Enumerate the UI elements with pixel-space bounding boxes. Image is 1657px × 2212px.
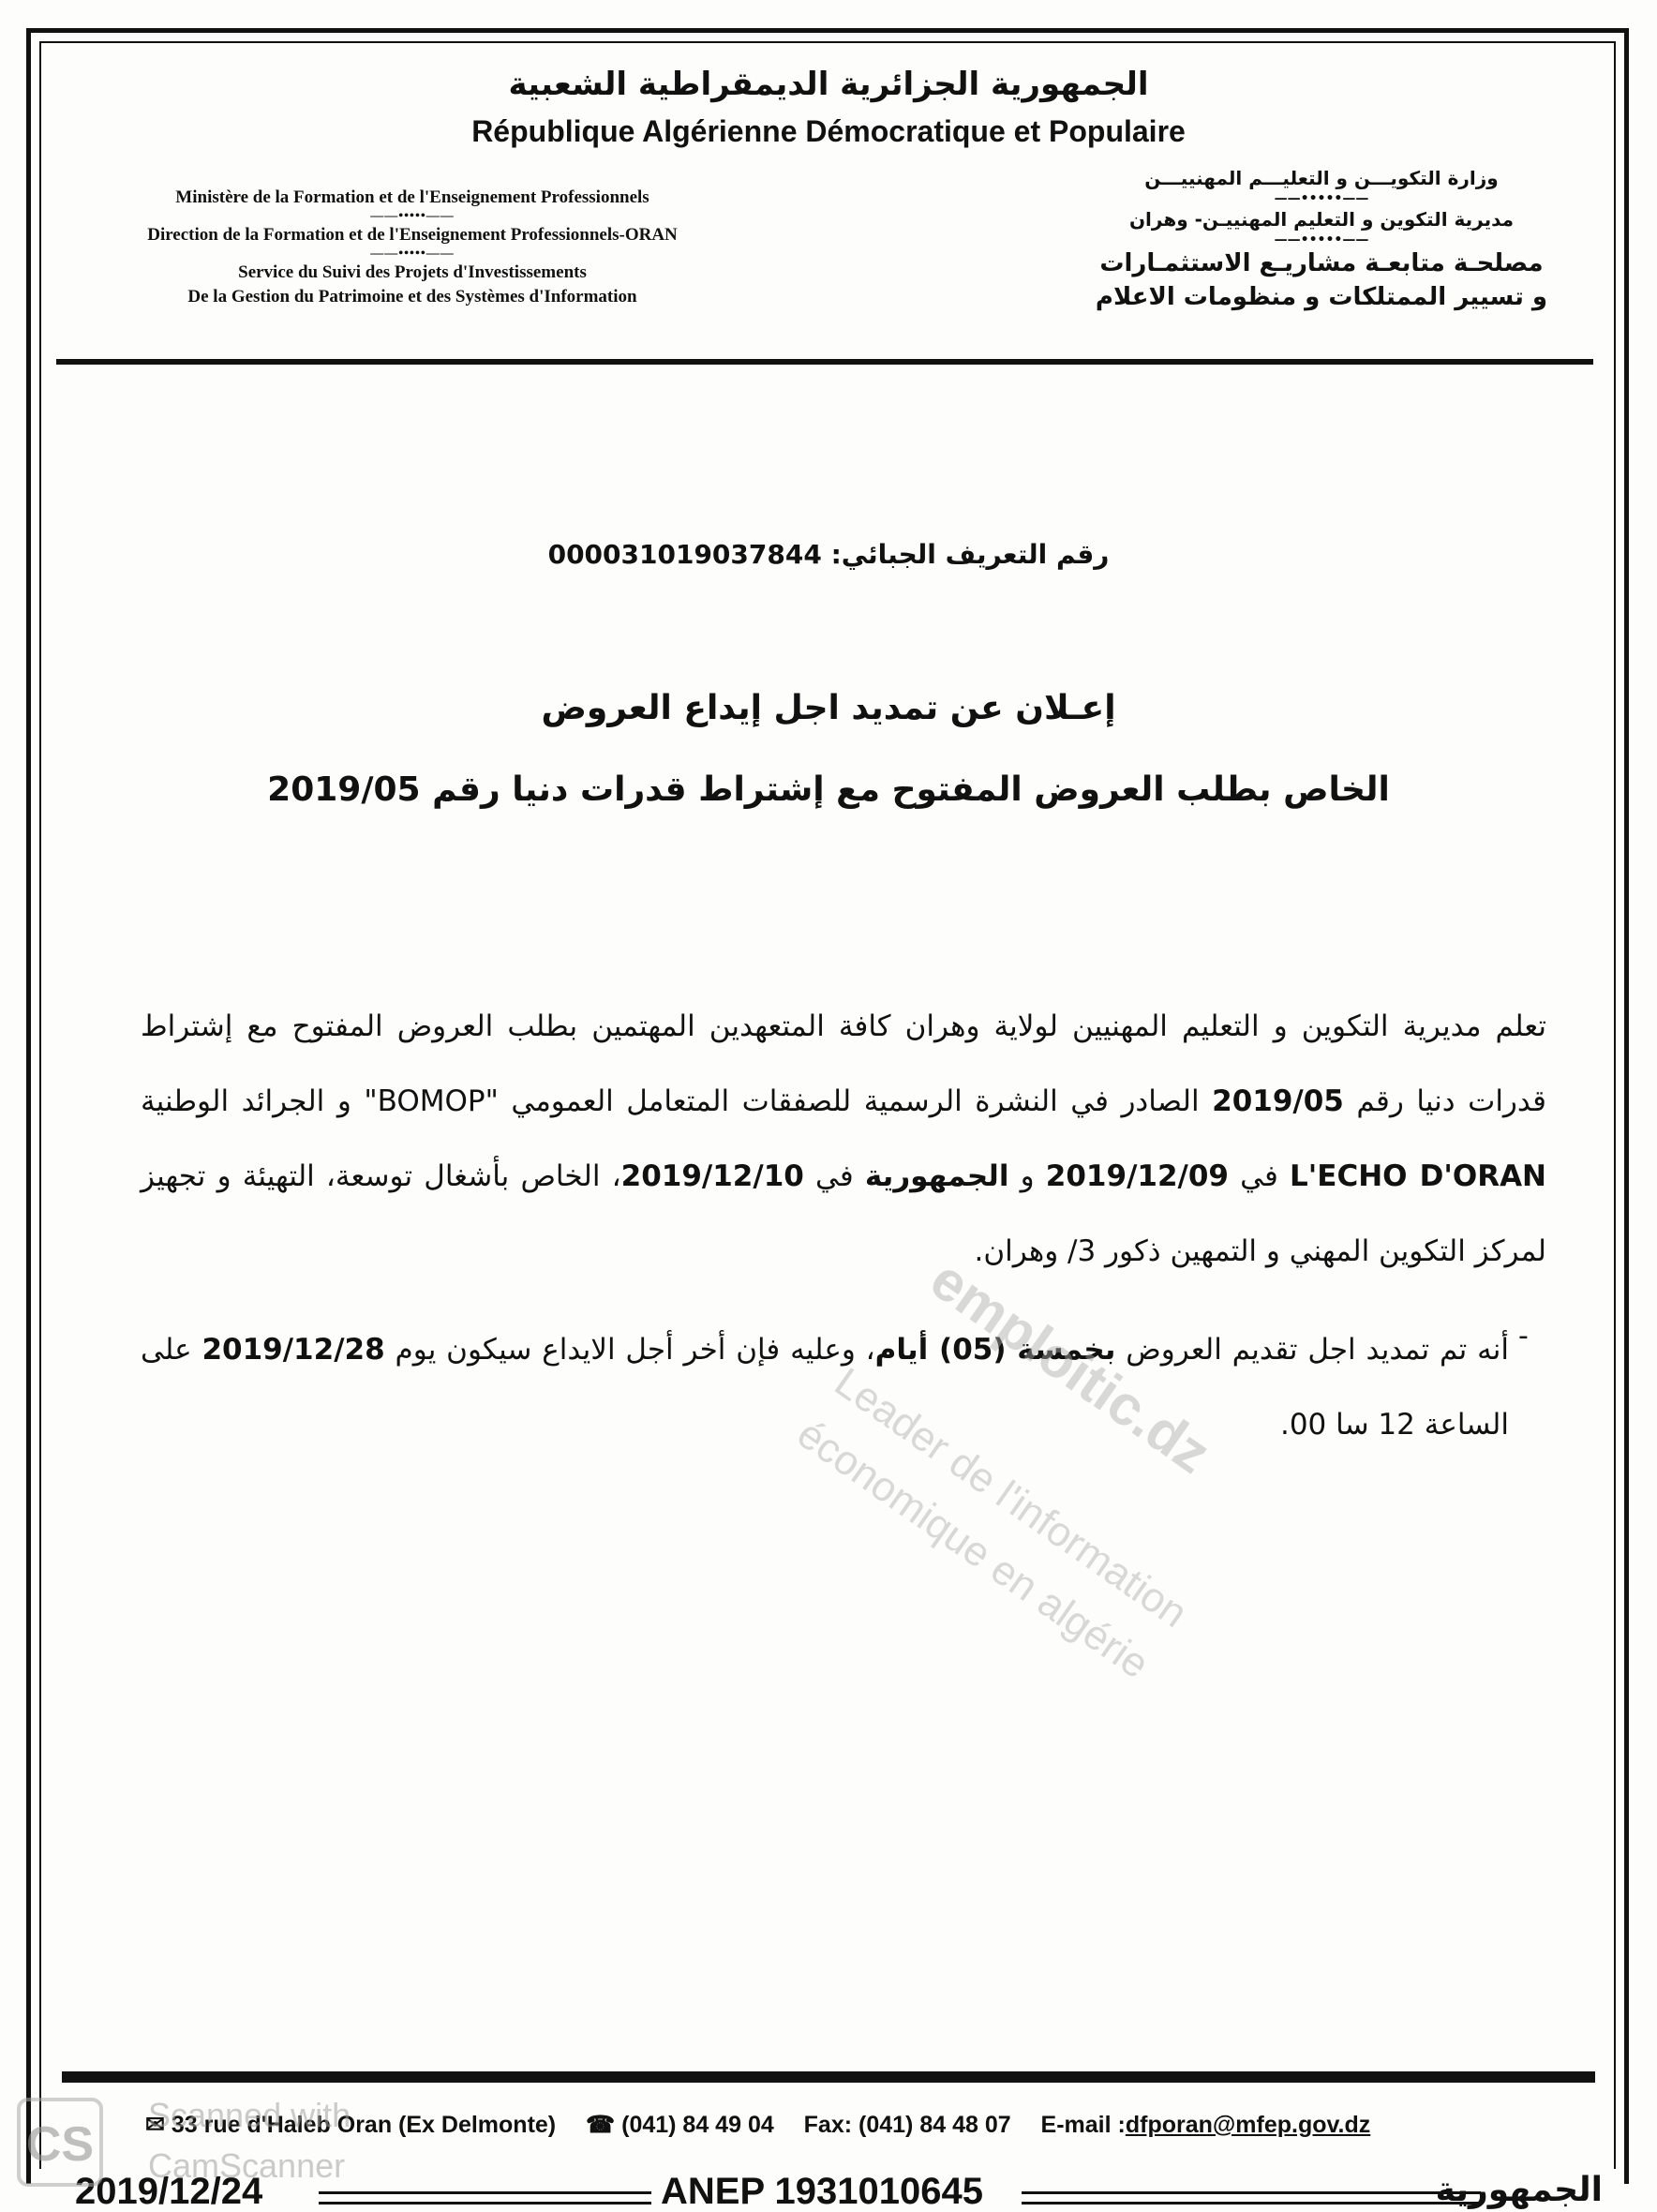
double-rule [319,2191,651,2205]
email-link[interactable]: dfporan@mfep.gov.dz [1126,2112,1370,2138]
body-paragraph: تعلم مديرية التكوين و التعليم المهنيين ل… [141,989,1546,1289]
announcement-subtitle: الخاص بطلب العروض المفتوح مع إشتراط قدرا… [0,770,1657,809]
service-fr-line1: Service du Suivi des Projets d'Investiss… [84,261,740,285]
service-ar-line1: مصلحـة متابعـة مشاريـع الاستثمـارات [1059,247,1584,280]
ministry-fr: Ministère de la Formation et de l'Enseig… [84,186,740,210]
publication-date: 2019/12/09 [1046,1159,1229,1193]
header-divider [56,359,1593,365]
announcement-title: إعـلان عن تمديد اجل إيداع العروض [0,689,1657,727]
phone: (041) 84 49 04 [621,2112,774,2138]
deadline-date: 2019/12/28 [202,1333,384,1367]
tax-id: رقم التعريف الجبائي: 000031019037844 [0,539,1657,570]
service-ar-line2: و تسيير الممتلكات و منظومات الاعلام [1059,280,1584,314]
separator: ——•••••—— [1059,192,1584,205]
tax-id-label: رقم التعريف الجبائي: [831,539,1110,570]
body-text: الصادر في النشرة الرسمية للصفقات المتعام… [141,1084,1212,1118]
fax-label: Fax: [804,2112,852,2138]
separator: ——•••••—— [84,210,740,223]
anep-number: ANEP 1931010645 [661,2171,983,2212]
body-text: و [1008,1159,1045,1193]
newspaper-name: L'ECHO D'ORAN [1290,1159,1546,1193]
newspaper-name: الجمهورية [865,1159,1009,1193]
body-text: في [1229,1159,1290,1193]
phone-icon: ☎ [586,2112,615,2138]
camscanner-logo-icon: CS [17,2098,103,2187]
service-fr-line2: De la Gestion du Patrimoine et des Systè… [84,285,740,309]
direction-fr: Direction de la Formation et de l'Enseig… [84,223,740,247]
scanner-line2: CamScanner [148,2146,345,2186]
separator: ——•••••—— [1059,233,1584,247]
body-text: أنه تم تمديد اجل تقديم العروض [1115,1333,1509,1367]
newspaper-name: الجمهورية [1436,2171,1603,2209]
scanner-line1: Scanned with [148,2096,351,2135]
extension-paragraph: أنه تم تمديد اجل تقديم العروض بخمسة (05)… [141,1312,1509,1462]
french-republic-title: République Algérienne Démocratique et Po… [0,114,1657,149]
footer-divider [62,2071,1595,2083]
direction-ar: مديرية التكوين و التعليم المهنييـن- وهرا… [1059,205,1584,233]
body-text: في [804,1159,865,1193]
publication-date: 2019/12/10 [621,1159,804,1193]
tender-number: 2019/05 [1212,1084,1344,1118]
ministry-ar: وزارة التكويـــن و التعليـــم المهنييـــ… [1059,164,1584,192]
body-text: ، وعليه فإن أخر أجل الايداع سيكون يوم [385,1333,875,1367]
header-left-block: Ministère de la Formation et de l'Enseig… [84,186,740,309]
double-rule [1022,2191,1481,2205]
separator: ——•••••—— [84,247,740,261]
fax: (041) 84 48 07 [858,2112,1011,2138]
email-label: E-mail : [1041,2112,1126,2138]
header-right-block: وزارة التكويـــن و التعليـــم المهنييـــ… [1059,164,1584,314]
arabic-republic-title: الجمهورية الجزائرية الديمقراطية الشعبية [0,66,1657,103]
bullet-dash: - [1518,1320,1529,1353]
extension-days: بخمسة (05) أيام [875,1333,1116,1367]
tax-id-value: 000031019037844 [548,539,822,570]
